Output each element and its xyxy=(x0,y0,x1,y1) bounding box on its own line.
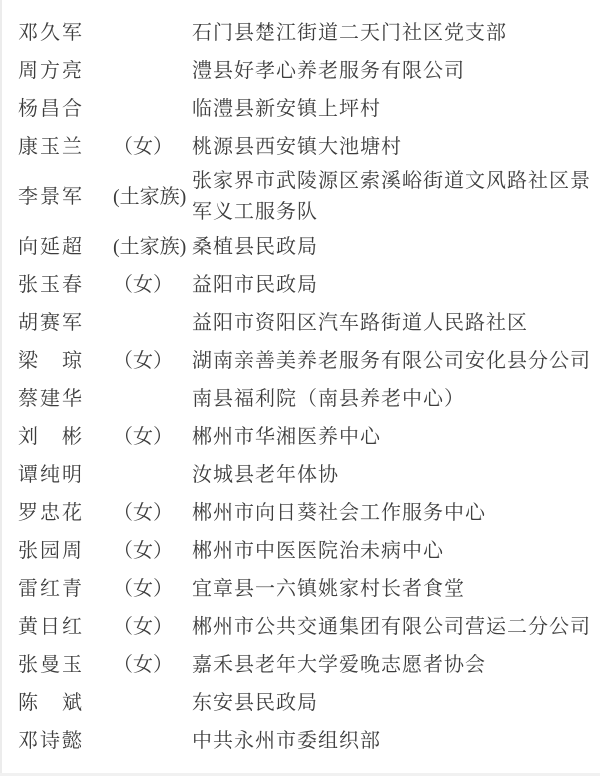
recipient-name: 谭纯明 xyxy=(18,463,82,487)
organization-name: 中共永州市委组织部 xyxy=(192,726,592,757)
recipient-name: 李景军 xyxy=(18,185,82,209)
organization-name: 澧县好孝心养老服务有限公司 xyxy=(192,56,592,87)
recipient-name: 胡赛军 xyxy=(18,311,82,335)
gender-ethnicity-note: （女） xyxy=(113,135,192,159)
recipient-name: 邓久军 xyxy=(18,21,82,45)
organization-name: 郴州市中医医院治未病中心 xyxy=(192,536,592,567)
gender-ethnicity-note: （女） xyxy=(113,615,192,639)
organization-name: 益阳市资阳区汽车路街道人民路社区 xyxy=(192,308,592,339)
organization-name: 郴州市向日葵社会工作服务中心 xyxy=(192,498,592,529)
recipient-name: 康玉兰 xyxy=(18,135,82,159)
recipient-name: 刘彬 xyxy=(18,425,82,449)
recipient-row: 张曼玉 （女） 嘉禾县老年大学爱晚志愿者协会 xyxy=(0,646,600,684)
organization-name: 桑植县民政局 xyxy=(192,232,592,263)
organization-name: 嘉禾县老年大学爱晚志愿者协会 xyxy=(192,650,592,681)
recipient-row: 罗忠花 （女） 郴州市向日葵社会工作服务中心 xyxy=(0,494,600,532)
organization-name: 益阳市民政局 xyxy=(192,270,592,301)
organization-name: 张家界市武陵源区索溪峪街道文风路社区景军义工服务队 xyxy=(192,166,592,228)
recipients-list: 邓久军 石门县楚江街道二天门社区党支部 周方亮 澧县好孝心养老服务有限公司 杨昌… xyxy=(0,14,600,760)
organization-name: 石门县楚江街道二天门社区党支部 xyxy=(192,18,592,49)
recipient-name: 张曼玉 xyxy=(18,653,82,677)
gender-ethnicity-note: （女） xyxy=(113,425,192,449)
recipient-row: 黄日红 （女） 郴州市公共交通集团有限公司营运二分公司 xyxy=(0,608,600,646)
recipient-row: 邓诗懿 中共永州市委组织部 xyxy=(0,722,600,760)
recipient-row: 向延超 (土家族) 桑植县民政局 xyxy=(0,228,600,266)
gender-ethnicity-note: （女） xyxy=(113,349,192,373)
gender-ethnicity-note: （女） xyxy=(113,653,192,677)
gender-ethnicity-note: （女） xyxy=(113,273,192,297)
gender-ethnicity-note: (土家族) xyxy=(113,185,192,209)
recipient-row: 陈斌 东安县民政局 xyxy=(0,684,600,722)
organization-name: 郴州市公共交通集团有限公司营运二分公司 xyxy=(192,612,592,643)
recipient-name: 陈斌 xyxy=(18,691,82,715)
recipient-name: 邓诗懿 xyxy=(18,729,82,753)
recipient-row: 李景军 (土家族) 张家界市武陵源区索溪峪街道文风路社区景军义工服务队 xyxy=(0,166,600,228)
recipient-name: 梁琼 xyxy=(18,349,82,373)
organization-name: 郴州市华湘医养中心 xyxy=(192,422,592,453)
organization-name: 汝城县老年体协 xyxy=(192,460,592,491)
gender-ethnicity-note: （女） xyxy=(113,539,192,563)
recipient-row: 雷红青 （女） 宜章县一六镇姚家村长者食堂 xyxy=(0,570,600,608)
organization-name: 湖南亲善美养老服务有限公司安化县分公司 xyxy=(192,346,592,377)
recipient-row: 张玉春 （女） 益阳市民政局 xyxy=(0,266,600,304)
recipient-name: 黄日红 xyxy=(18,615,82,639)
recipient-name: 张园周 xyxy=(18,539,82,563)
organization-name: 临澧县新安镇上坪村 xyxy=(192,94,592,125)
recipient-row: 刘彬 （女） 郴州市华湘医养中心 xyxy=(0,418,600,456)
recipient-row: 周方亮 澧县好孝心养老服务有限公司 xyxy=(0,52,600,90)
recipient-row: 谭纯明 汝城县老年体协 xyxy=(0,456,600,494)
recipient-row: 邓久军 石门县楚江街道二天门社区党支部 xyxy=(0,14,600,52)
recipient-row: 梁琼 （女） 湖南亲善美养老服务有限公司安化县分公司 xyxy=(0,342,600,380)
organization-name: 宜章县一六镇姚家村长者食堂 xyxy=(192,574,592,605)
recipient-name: 周方亮 xyxy=(18,59,82,83)
gender-ethnicity-note: （女） xyxy=(113,501,192,525)
organization-name: 东安县民政局 xyxy=(192,688,592,719)
organization-name: 桃源县西安镇大池塘村 xyxy=(192,132,592,163)
recipient-name: 向延超 xyxy=(18,235,82,259)
recipient-row: 张园周 （女） 郴州市中医医院治未病中心 xyxy=(0,532,600,570)
recipient-row: 杨昌合 临澧县新安镇上坪村 xyxy=(0,90,600,128)
recipient-name: 张玉春 xyxy=(18,273,82,297)
gender-ethnicity-note: (土家族) xyxy=(113,235,192,259)
recipient-row: 蔡建华 南县福利院（南县养老中心） xyxy=(0,380,600,418)
recipient-name: 杨昌合 xyxy=(18,97,82,121)
gender-ethnicity-note: （女） xyxy=(113,577,192,601)
recipient-name: 雷红青 xyxy=(18,577,82,601)
recipient-row: 胡赛军 益阳市资阳区汽车路街道人民路社区 xyxy=(0,304,600,342)
document-page: 邓久军 石门县楚江街道二天门社区党支部 周方亮 澧县好孝心养老服务有限公司 杨昌… xyxy=(0,0,600,776)
recipient-name: 罗忠花 xyxy=(18,501,82,525)
recipient-row: 康玉兰 （女） 桃源县西安镇大池塘村 xyxy=(0,128,600,166)
recipient-name: 蔡建华 xyxy=(18,387,82,411)
organization-name: 南县福利院（南县养老中心） xyxy=(192,384,592,415)
